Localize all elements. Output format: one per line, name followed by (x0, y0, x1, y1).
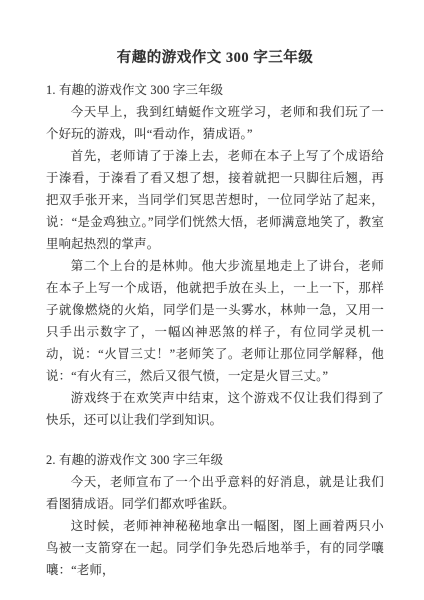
section-1-heading: 1. 有趣的游戏作文 300 字三年级 (46, 79, 384, 101)
section-1-paragraph-4: 游戏终于在欢笑声中结束，这个游戏不仅让我们得到了快乐，还可以让我们学到知识。 (46, 387, 384, 431)
document-page: 有趣的游戏作文 300 字三年级 1. 有趣的游戏作文 300 字三年级 今天早… (0, 0, 424, 600)
section-2-paragraph-1: 今天，老师宣布了一个出乎意料的好消息，就是让我们看图猜成语。同学们都欢呼雀跃。 (46, 471, 384, 515)
essay-section-2: 2. 有趣的游戏作文 300 字三年级 今天，老师宣布了一个出乎意料的好消息，就… (46, 449, 384, 581)
essay-section-1: 1. 有趣的游戏作文 300 字三年级 今天早上，我到红蜻蜓作文班学习，老师和我… (46, 79, 384, 431)
section-1-paragraph-3: 第二个上台的是林帅。他大步流星地走上了讲台，老师在本子上写一个成语，他就把手放在… (46, 255, 384, 387)
section-2-heading: 2. 有趣的游戏作文 300 字三年级 (46, 449, 384, 471)
page-title: 有趣的游戏作文 300 字三年级 (46, 46, 384, 67)
section-1-paragraph-2: 首先，老师请了于溱上去，老师在本子上写了个成语给于溱看，于溱看了看又想了想，接着… (46, 145, 384, 255)
section-1-paragraph-1: 今天早上，我到红蜻蜓作文班学习，老师和我们玩了一个好玩的游戏，叫“看动作，猜成语… (46, 101, 384, 145)
section-2-paragraph-2: 这时候，老师神神秘秘地拿出一幅图，图上画着两只小鸟被一支箭穿在一起。同学们争先恐… (46, 515, 384, 581)
